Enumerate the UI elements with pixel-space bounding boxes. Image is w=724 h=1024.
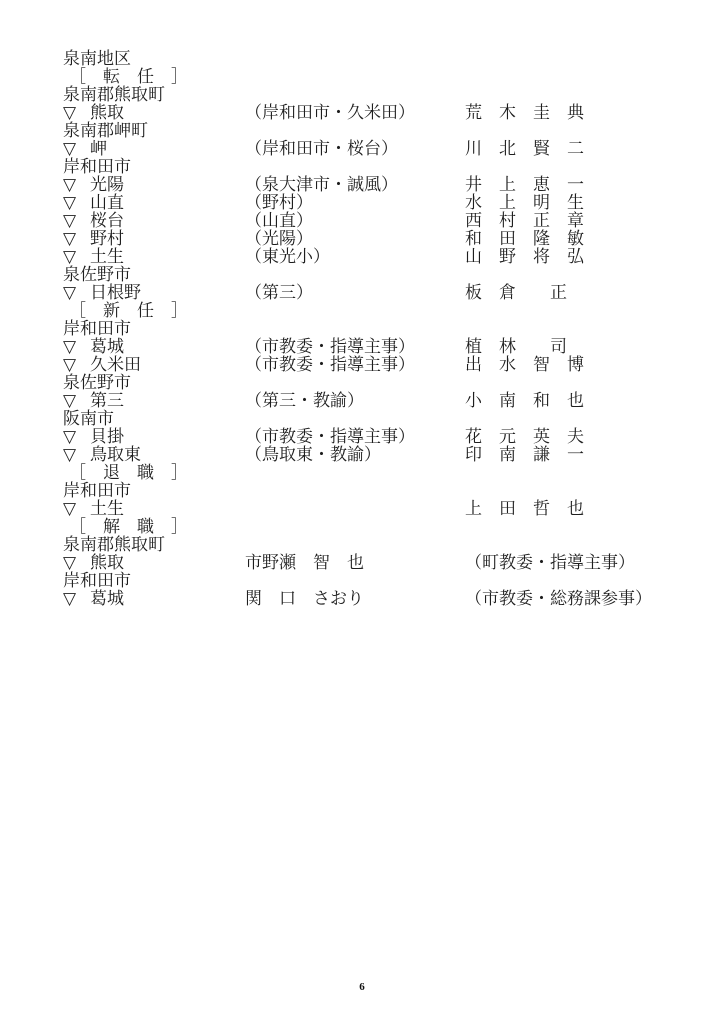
entry-mid-text: （市教委・指導主事） — [245, 428, 415, 446]
down-triangle-icon: ▽ — [63, 392, 76, 410]
down-triangle-icon: ▽ — [63, 248, 76, 266]
entry-school-name: 野村 — [90, 230, 124, 248]
entry-school-name: 熊取 — [90, 554, 124, 572]
entry-row: ▽山直（野村）水 上 明 生 — [63, 194, 623, 212]
down-triangle-icon: ▽ — [63, 230, 76, 248]
down-triangle-icon: ▽ — [63, 428, 76, 446]
entry-row: ▽熊取市野瀬 智 也（町教委・指導主事） — [63, 554, 623, 572]
city-heading: 阪南市 — [63, 410, 623, 428]
entry-right-text: 花 元 英 夫 — [465, 428, 584, 446]
entry-mid-text: （野村） — [245, 194, 313, 212]
entry-school-name: 岬 — [90, 140, 107, 158]
city-heading: 岸和田市 — [63, 482, 623, 500]
down-triangle-icon: ▽ — [63, 500, 76, 518]
section-heading: ［ 転 任 ］ — [63, 68, 623, 86]
entry-right-text: 和 田 隆 敏 — [465, 230, 584, 248]
city-heading: 岸和田市 — [63, 572, 623, 590]
city-heading: 岸和田市 — [63, 158, 623, 176]
entry-school-name: 山直 — [90, 194, 124, 212]
entry-row: ▽葛城（市教委・指導主事）植 林 司 — [63, 338, 623, 356]
entry-mid-text: （第三・教諭） — [245, 392, 364, 410]
entry-right-text: 川 北 賢 二 — [465, 140, 584, 158]
entry-school-name: 第三 — [90, 392, 124, 410]
entry-school-name: 葛城 — [90, 338, 124, 356]
down-triangle-icon: ▽ — [63, 356, 76, 374]
entry-school-name: 日根野 — [90, 284, 141, 302]
entry-row: ▽岬（岸和田市・桜台）川 北 賢 二 — [63, 140, 623, 158]
down-triangle-icon: ▽ — [63, 212, 76, 230]
down-triangle-icon: ▽ — [63, 176, 76, 194]
down-triangle-icon: ▽ — [63, 554, 76, 572]
entry-right-text: 出 水 智 博 — [465, 356, 584, 374]
entry-mid-text: （岸和田市・桜台） — [245, 140, 398, 158]
entry-row: ▽野村（光陽）和 田 隆 敏 — [63, 230, 623, 248]
entry-school-name: 鳥取東 — [90, 446, 141, 464]
entry-right-text: 板 倉 正 — [465, 284, 567, 302]
entry-school-name: 葛城 — [90, 590, 124, 608]
entry-school-name: 土生 — [90, 500, 124, 518]
entry-right-text: 西 村 正 章 — [465, 212, 584, 230]
entry-row: ▽葛城関 口 さおり（市教委・総務課参事） — [63, 590, 623, 608]
entry-school-name: 土生 — [90, 248, 124, 266]
down-triangle-icon: ▽ — [63, 284, 76, 302]
personnel-transfer-list: 泉南地区［ 転 任 ］泉南郡熊取町▽熊取（岸和田市・久米田）荒 木 圭 典泉南郡… — [63, 50, 623, 608]
section-heading: ［ 退 職 ］ — [63, 464, 623, 482]
entry-mid-text: （岸和田市・久米田） — [245, 104, 415, 122]
entry-mid-text: （鳥取東・教諭） — [245, 446, 381, 464]
entry-school-name: 久米田 — [90, 356, 141, 374]
entry-row: ▽桜台（山直）西 村 正 章 — [63, 212, 623, 230]
city-heading: 泉南郡熊取町 — [63, 536, 623, 554]
entry-right-text: 荒 木 圭 典 — [465, 104, 584, 122]
entry-school-name: 熊取 — [90, 104, 124, 122]
region-heading: 泉南地区 — [63, 50, 623, 68]
city-heading: 泉佐野市 — [63, 374, 623, 392]
entry-row: ▽光陽（泉大津市・誠風）井 上 恵 一 — [63, 176, 623, 194]
entry-row: ▽第三（第三・教諭）小 南 和 也 — [63, 392, 623, 410]
city-heading: 泉南郡熊取町 — [63, 86, 623, 104]
entry-mid-text: （山直） — [245, 212, 313, 230]
page-number: 6 — [0, 981, 724, 993]
entry-row: ▽熊取（岸和田市・久米田）荒 木 圭 典 — [63, 104, 623, 122]
city-heading: 岸和田市 — [63, 320, 623, 338]
entry-right-text: 上 田 哲 也 — [465, 500, 584, 518]
entry-mid-text: （市教委・指導主事） — [245, 356, 415, 374]
entry-school-name: 光陽 — [90, 176, 124, 194]
entry-row: ▽土生（東光小）山 野 将 弘 — [63, 248, 623, 266]
entry-mid-text: （泉大津市・誠風） — [245, 176, 398, 194]
entry-row: ▽日根野（第三）板 倉 正 — [63, 284, 623, 302]
entry-right-text: （市教委・総務課参事） — [465, 590, 652, 608]
entry-right-text: 印 南 謙 一 — [465, 446, 584, 464]
entry-right-text: 植 林 司 — [465, 338, 567, 356]
entry-mid-text: （光陽） — [245, 230, 313, 248]
document-page: 泉南地区［ 転 任 ］泉南郡熊取町▽熊取（岸和田市・久米田）荒 木 圭 典泉南郡… — [0, 0, 724, 1024]
entry-mid-text: 市野瀬 智 也 — [245, 554, 364, 572]
entry-row: ▽久米田（市教委・指導主事）出 水 智 博 — [63, 356, 623, 374]
entry-row: ▽貝掛（市教委・指導主事）花 元 英 夫 — [63, 428, 623, 446]
entry-mid-text: （市教委・指導主事） — [245, 338, 415, 356]
entry-mid-text: （第三） — [245, 284, 313, 302]
city-heading: 泉佐野市 — [63, 266, 623, 284]
entry-right-text: 山 野 将 弘 — [465, 248, 584, 266]
entry-school-name: 桜台 — [90, 212, 124, 230]
city-heading: 泉南郡岬町 — [63, 122, 623, 140]
section-heading: ［ 新 任 ］ — [63, 302, 623, 320]
entry-school-name: 貝掛 — [90, 428, 124, 446]
down-triangle-icon: ▽ — [63, 446, 76, 464]
entry-right-text: （町教委・指導主事） — [465, 554, 635, 572]
entry-mid-text: （東光小） — [245, 248, 330, 266]
entry-row: ▽鳥取東（鳥取東・教諭）印 南 謙 一 — [63, 446, 623, 464]
down-triangle-icon: ▽ — [63, 338, 76, 356]
down-triangle-icon: ▽ — [63, 140, 76, 158]
down-triangle-icon: ▽ — [63, 590, 76, 608]
entry-mid-text: 関 口 さおり — [245, 590, 364, 608]
entry-right-text: 井 上 恵 一 — [465, 176, 584, 194]
entry-right-text: 水 上 明 生 — [465, 194, 584, 212]
entry-right-text: 小 南 和 也 — [465, 392, 584, 410]
down-triangle-icon: ▽ — [63, 194, 76, 212]
down-triangle-icon: ▽ — [63, 104, 76, 122]
entry-row: ▽土生上 田 哲 也 — [63, 500, 623, 518]
section-heading: ［ 解 職 ］ — [63, 518, 623, 536]
